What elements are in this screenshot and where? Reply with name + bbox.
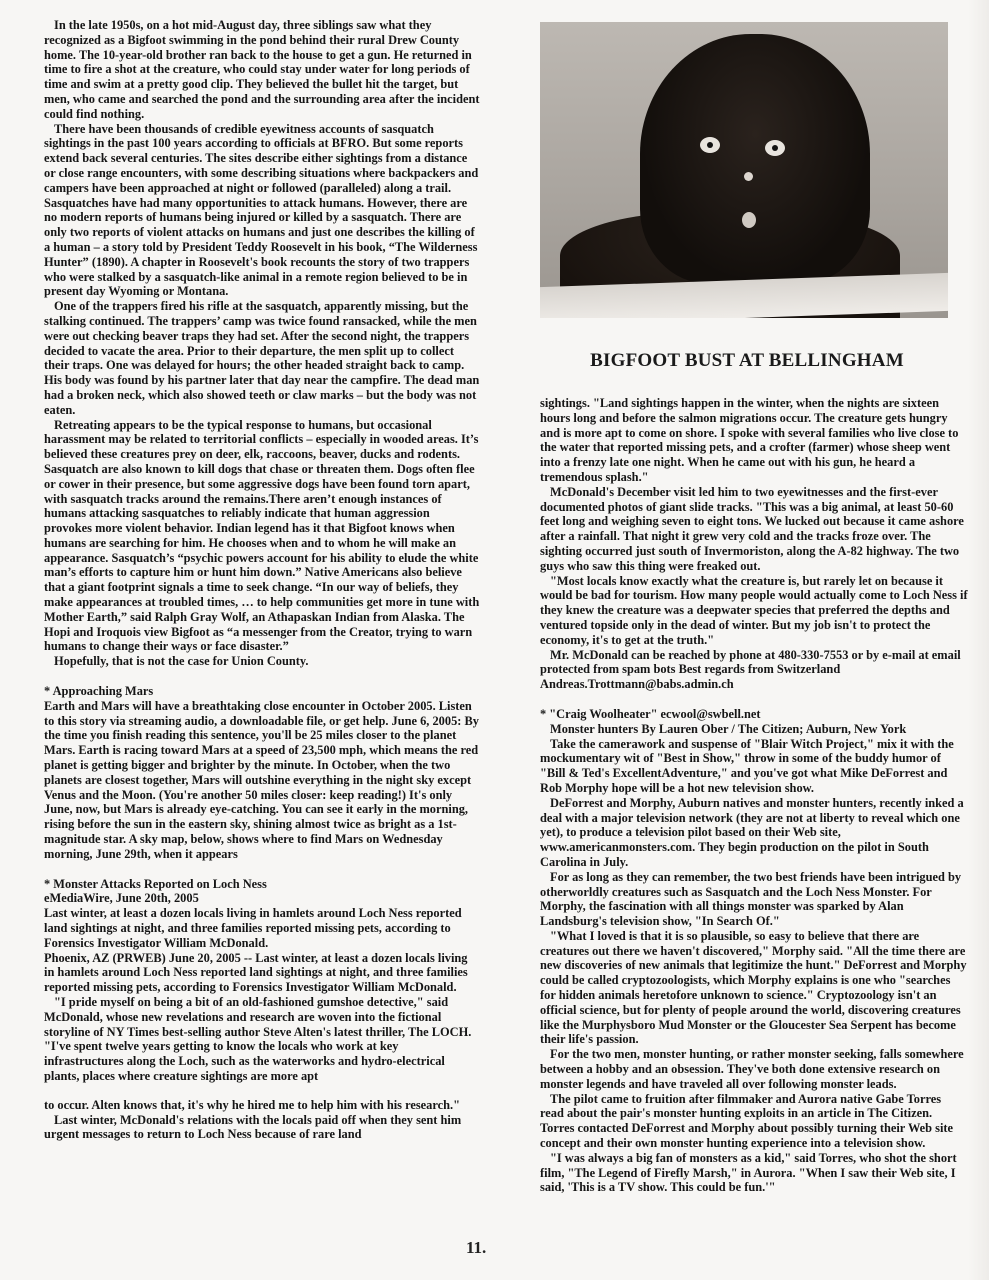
article-byline: * "Craig Woolheater" ecwool@swbell.net (540, 707, 968, 722)
article-paragraph: There have been thousands of credible ey… (44, 122, 480, 300)
article-heading: * Approaching Mars (44, 684, 480, 699)
page-number: 11. (466, 1238, 486, 1258)
article-dateline: Phoenix, AZ (PRWEB) June 20, 2005 -- Las… (44, 951, 480, 995)
article-paragraph: Last winter, McDonald's relations with t… (44, 1113, 480, 1143)
article-paragraph: One of the trappers fired his rifle at t… (44, 299, 480, 417)
article-paragraph: "I was always a big fan of monsters as a… (540, 1151, 968, 1195)
article-paragraph: Retreating appears to be the typical res… (44, 418, 480, 655)
article-paragraph: DeForrest and Morphy, Auburn natives and… (540, 796, 968, 870)
page-edge-shadow (968, 0, 989, 1280)
eye-left (700, 137, 720, 153)
article-paragraph: In the late 1950s, on a hot mid-August d… (44, 18, 480, 122)
mars-article: * Approaching Mars Earth and Mars will h… (44, 684, 480, 862)
article-summary: Last winter, at least a dozen locals liv… (44, 906, 480, 950)
article-paragraph: "What I loved is that it is so plausible… (540, 929, 968, 1047)
article-paragraph: Earth and Mars will have a breathtaking … (44, 699, 480, 862)
bigfoot-article: In the late 1950s, on a hot mid-August d… (44, 18, 480, 669)
photo-caption: BIGFOOT BUST AT BELLINGHAM (552, 350, 942, 372)
article-paragraph: Mr. McDonald can be reached by phone at … (540, 648, 968, 678)
loch-ness-article: * Monster Attacks Reported on Loch Ness … (44, 877, 480, 1143)
article-paragraph: "I pride myself on being a bit of an old… (44, 995, 480, 1084)
article-heading: * Monster Attacks Reported on Loch Ness (44, 877, 480, 892)
article-paragraph: For as long as they can remember, the tw… (540, 870, 968, 929)
article-paragraph: For the two men, monster hunting, or rat… (540, 1047, 968, 1091)
eye-right (765, 140, 785, 156)
article-paragraph: sightings. "Land sightings happen in the… (540, 396, 968, 485)
right-column: sightings. "Land sightings happen in the… (540, 396, 968, 1195)
monster-hunters-article: * "Craig Woolheater" ecwool@swbell.net M… (540, 707, 968, 1195)
bigfoot-bust-photo (540, 22, 948, 318)
contact-email: Andreas.Trottmann@babs.admin.ch (540, 677, 968, 692)
loch-ness-article-continued: sightings. "Land sightings happen in the… (540, 396, 968, 692)
article-paragraph: McDonald's December visit led him to two… (540, 485, 968, 574)
article-paragraph: to occur. Alten knows that, it's why he … (44, 1098, 480, 1113)
newsletter-page: In the late 1950s, on a hot mid-August d… (0, 0, 989, 1280)
article-source: eMediaWire, June 20th, 2005 (44, 891, 480, 906)
article-headline: Monster hunters By Lauren Ober / The Cit… (540, 722, 968, 737)
article-paragraph: The pilot came to fruition after filmmak… (540, 1092, 968, 1151)
article-paragraph: "Most locals know exactly what the creat… (540, 574, 968, 648)
article-paragraph: Take the camerawork and suspense of "Bla… (540, 737, 968, 796)
article-paragraph: Hopefully, that is not the case for Unio… (44, 654, 480, 669)
left-column: In the late 1950s, on a hot mid-August d… (44, 18, 480, 1142)
